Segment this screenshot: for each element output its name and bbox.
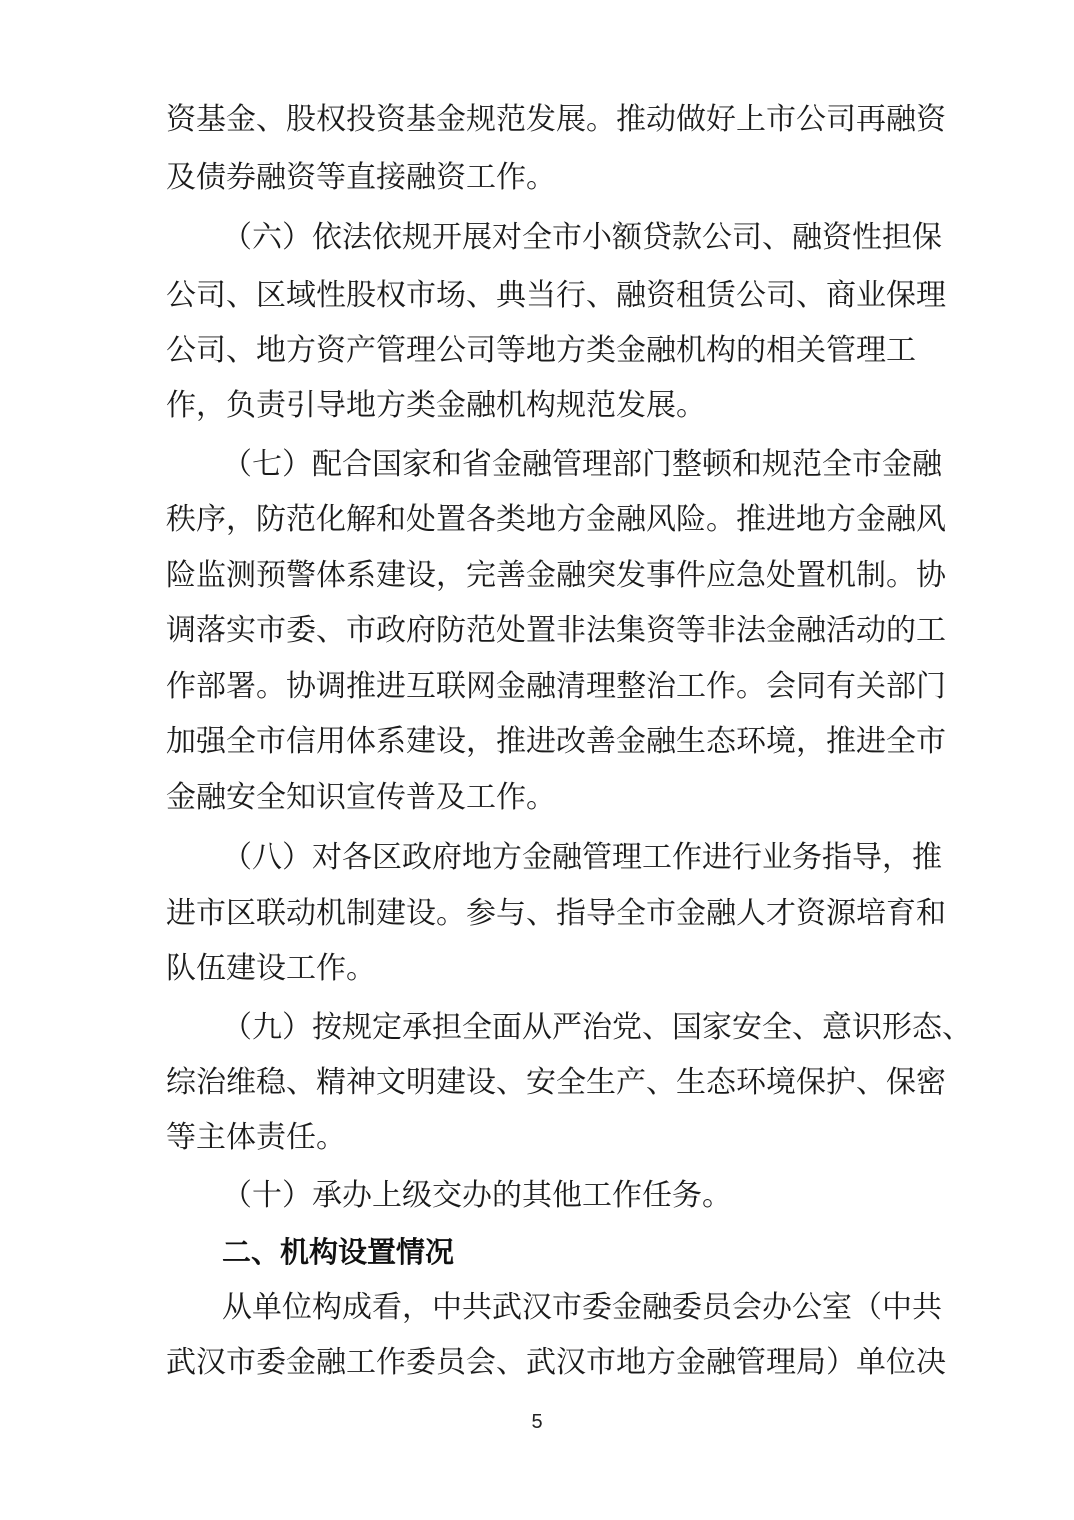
text-line: 队伍建设工作。 bbox=[166, 949, 912, 989]
page-number: 5 bbox=[0, 1410, 1074, 1434]
paragraph-8-line: （八）对各区政府地方金融管理工作进行业务指导，推 bbox=[222, 838, 912, 878]
text-line: 加强全市信用体系建设，推进改善金融生态环境，推进全市 bbox=[166, 722, 912, 762]
paragraph-6-line: （六）依法依规开展对全市小额贷款公司、融资性担保 bbox=[222, 218, 912, 258]
section-heading: 二、机构设置情况 bbox=[222, 1232, 912, 1272]
text-line: 公司、地方资产管理公司等地方类金融机构的相关管理工 bbox=[166, 331, 912, 371]
text-line: 秩序，防范化解和处置各类地方金融风险。推进地方金融风 bbox=[166, 500, 912, 540]
text-line: 及债券融资等直接融资工作。 bbox=[166, 158, 912, 198]
text-line: 金融安全知识宣传普及工作。 bbox=[166, 778, 912, 818]
text-line: 进市区联动机制建设。参与、指导全市金融人才资源培育和 bbox=[166, 894, 912, 934]
document-page: 资基金、股权投资基金规范发展。推动做好上市公司再融资 及债券融资等直接融资工作。… bbox=[0, 0, 1074, 1520]
paragraph-9-line: （九）按规定承担全面从严治党、国家安全、意识形态、 bbox=[222, 1008, 912, 1048]
paragraph-10-line: （十）承办上级交办的其他工作任务。 bbox=[222, 1176, 912, 1216]
text-line: 武汉市委金融工作委员会、武汉市地方金融管理局）单位决 bbox=[166, 1343, 912, 1383]
text-line: 作部署。协调推进互联网金融清理整治工作。会同有关部门 bbox=[166, 667, 912, 707]
text-line: 公司、区域性股权市场、典当行、融资租赁公司、商业保理 bbox=[166, 276, 912, 316]
paragraph-7-line: （七）配合国家和省金融管理部门整顿和规范全市金融 bbox=[222, 445, 912, 485]
text-line: 综治维稳、精神文明建设、安全生产、生态环境保护、保密 bbox=[166, 1063, 912, 1103]
section-paragraph-line: 从单位构成看，中共武汉市委金融委员会办公室（中共 bbox=[222, 1288, 912, 1328]
text-line: 等主体责任。 bbox=[166, 1118, 912, 1158]
text-line: 险监测预警体系建设，完善金融突发事件应急处置机制。协 bbox=[166, 556, 912, 596]
text-line: 资基金、股权投资基金规范发展。推动做好上市公司再融资 bbox=[166, 100, 912, 140]
text-line: 调落实市委、市政府防范处置非法集资等非法金融活动的工 bbox=[166, 611, 912, 651]
text-line: 作，负责引导地方类金融机构规范发展。 bbox=[166, 386, 912, 426]
